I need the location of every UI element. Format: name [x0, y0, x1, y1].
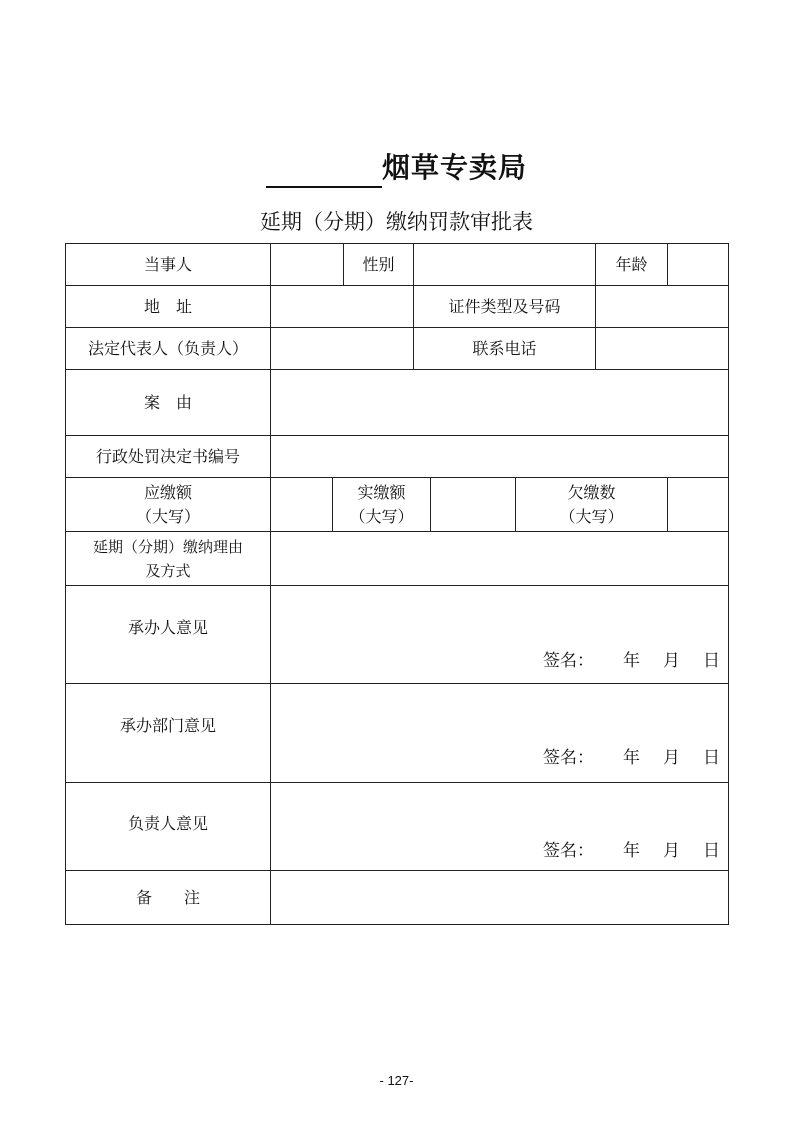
reason-method-label-line2: 及方式	[145, 559, 190, 583]
remarks-field[interactable]	[270, 870, 729, 925]
form-subtitle: 延期（分期）缴纳罚款审批表	[0, 206, 793, 238]
chief-month-label: 月	[663, 836, 680, 861]
amount-due-label-line2: （大写）	[136, 505, 200, 529]
amount-paid-label-line2: （大写）	[349, 505, 413, 529]
title-blank-line[interactable]	[266, 150, 382, 188]
party-label: 当事人	[65, 243, 271, 286]
chief-year-label: 年	[623, 836, 640, 861]
amount-owed-label-line1: 欠缴数	[567, 481, 615, 505]
reason-method-label-line1: 延期（分期）缴纳理由	[93, 535, 243, 559]
amount-owed-field[interactable]	[667, 477, 729, 532]
legal-rep-label: 法定代表人（负责人）	[65, 327, 271, 370]
dept-day-label: 日	[703, 743, 720, 768]
dept-opinion-label: 承办部门意见	[65, 683, 271, 783]
amount-due-label-line1: 应缴额	[144, 481, 192, 505]
id-type-number-label: 证件类型及号码	[413, 285, 596, 328]
page-number: - 127-	[0, 1073, 793, 1088]
amount-owed-label: 欠缴数 （大写）	[515, 477, 668, 532]
party-field[interactable]	[270, 243, 344, 286]
case-reason-label: 案 由	[65, 369, 271, 436]
page-title: 烟草专卖局	[382, 150, 527, 186]
address-field[interactable]	[270, 285, 414, 328]
amount-paid-label-line1: 实缴额	[357, 481, 405, 505]
amount-paid-label: 实缴额 （大写）	[332, 477, 431, 532]
amount-owed-label-line2: （大写）	[559, 505, 623, 529]
phone-field[interactable]	[595, 327, 729, 370]
dept-signature-label: 签名：	[543, 743, 594, 768]
address-label: 地 址	[65, 285, 271, 328]
amount-due-label: 应缴额 （大写）	[65, 477, 271, 532]
handler-day-label: 日	[703, 646, 720, 671]
dept-opinion-field[interactable]	[270, 683, 729, 783]
decision-number-label: 行政处罚决定书编号	[65, 435, 271, 478]
dept-month-label: 月	[663, 743, 680, 768]
handler-signature-label: 签名：	[543, 646, 594, 671]
amount-due-field[interactable]	[270, 477, 333, 532]
chief-opinion-label: 负责人意见	[65, 782, 271, 871]
handler-opinion-label: 承办人意见	[65, 585, 271, 684]
chief-signature-label: 签名：	[543, 836, 594, 861]
age-label: 年龄	[595, 243, 668, 286]
age-field[interactable]	[667, 243, 729, 286]
remarks-label: 备 注	[65, 870, 271, 925]
id-type-number-field[interactable]	[595, 285, 729, 328]
legal-rep-field[interactable]	[270, 327, 414, 370]
handler-year-label: 年	[623, 646, 640, 671]
dept-year-label: 年	[623, 743, 640, 768]
phone-label: 联系电话	[413, 327, 596, 370]
reason-method-label: 延期（分期）缴纳理由 及方式	[65, 531, 271, 586]
handler-month-label: 月	[663, 646, 680, 671]
handler-opinion-field[interactable]	[270, 585, 729, 684]
amount-paid-field[interactable]	[430, 477, 516, 532]
gender-field[interactable]	[413, 243, 596, 286]
chief-day-label: 日	[703, 836, 720, 861]
case-reason-field[interactable]	[270, 369, 729, 436]
chief-opinion-field[interactable]	[270, 782, 729, 871]
reason-method-field[interactable]	[270, 531, 729, 586]
decision-number-field[interactable]	[270, 435, 729, 478]
gender-label: 性别	[343, 243, 414, 286]
